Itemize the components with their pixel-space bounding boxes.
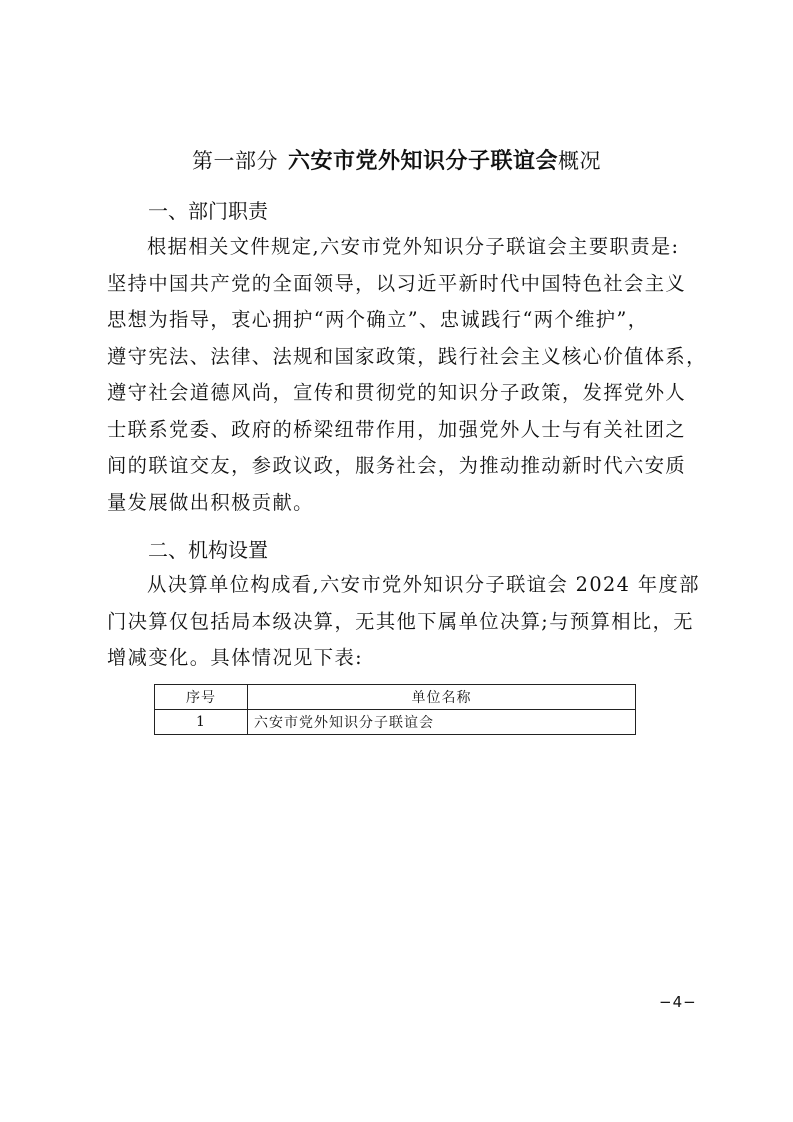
text-line: 坚持中国共产党的全面领导，以习近平新时代中国特色社会主义 xyxy=(107,266,693,303)
title-suffix: 概况 xyxy=(558,149,601,173)
unit-table: 序号 单位名称 1 六安市党外知识分子联谊会 xyxy=(154,684,636,735)
table-header-row: 序号 单位名称 xyxy=(155,685,636,710)
text-line: 门决算仅包括局本级决算，无其他下属单位决算;与预算相比，无 xyxy=(107,604,693,641)
text-line: 从决算单位构成看,六安市党外知识分子联谊会 2024 年度部 xyxy=(107,567,693,604)
page-number: −4− xyxy=(659,993,697,1011)
title-organization-name: 六安市党外知识分子联谊会 xyxy=(288,149,558,174)
text-line: 思想为指导，衷心拥护“两个确立”、忠诚践行“两个维护”， xyxy=(107,302,693,339)
text-line: 增减变化。具体情况见下表: xyxy=(107,640,693,677)
text-line: 量发展做出积极贡献。 xyxy=(107,485,693,522)
organization-paragraph: 从决算单位构成看,六安市党外知识分子联谊会 2024 年度部 门决算仅包括局本级… xyxy=(107,567,693,677)
column-header-index: 序号 xyxy=(155,685,248,710)
text-line: 士联系党委、政府的桥梁纽带作用，加强党外人士与有关社团之 xyxy=(107,412,693,449)
section-heading-organization: 二、机构设置 xyxy=(148,535,268,565)
column-header-unit-name: 单位名称 xyxy=(248,685,636,710)
text-line: 遵守社会道德风尚，宣传和贯彻党的知识分子政策，发挥党外人 xyxy=(107,375,693,412)
page-title: 第一部分六安市党外知识分子联谊会概况 xyxy=(0,143,793,180)
table-row: 1 六安市党外知识分子联谊会 xyxy=(155,710,636,735)
cell-index: 1 xyxy=(155,710,248,735)
cell-unit-name: 六安市党外知识分子联谊会 xyxy=(248,710,636,735)
text-line: 遵守宪法、法律、法规和国家政策，践行社会主义核心价值体系， xyxy=(107,339,693,376)
responsibilities-paragraph: 根据相关文件规定,六安市党外知识分子联谊会主要职责是: 坚持中国共产党的全面领导… xyxy=(107,229,693,521)
section-heading-responsibilities: 一、部门职责 xyxy=(148,196,268,226)
title-part-label: 第一部分 xyxy=(192,149,278,173)
text-line: 间的联谊交友，参政议政，服务社会，为推动推动新时代六安质 xyxy=(107,448,693,485)
text-line: 根据相关文件规定,六安市党外知识分子联谊会主要职责是: xyxy=(107,229,693,266)
